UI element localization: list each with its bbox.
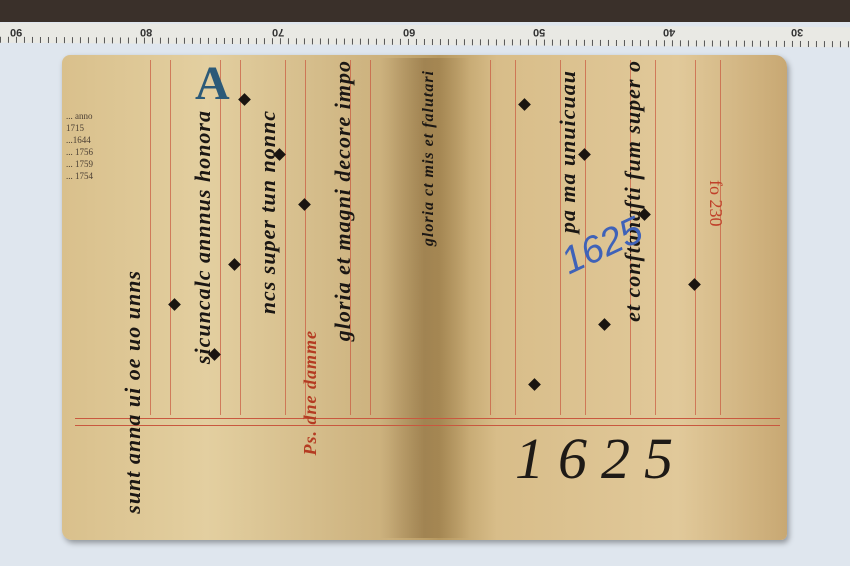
decorated-initial: A (195, 60, 265, 108)
ruled-line (75, 418, 780, 419)
text-line: et conftanafti fum super o (620, 60, 646, 322)
ruler-label: 90 (10, 26, 22, 38)
text-line: sicuncalc annnus honora (190, 110, 216, 364)
ruler-label: 30 (791, 26, 803, 38)
text-line: pa ma unuicuau (555, 70, 581, 233)
text-line: gloria ct mis et falutari (420, 70, 438, 246)
ruler-label: 50 (533, 26, 545, 38)
ruler-label: 60 (403, 26, 415, 38)
measuring-ruler (0, 23, 850, 47)
text-line: gloria et magni decore impo (330, 60, 356, 341)
margin-notes: ... anno 1715 ...1644 ... 1756 ... 1759 … (66, 110, 126, 182)
rubric-text: Ps. dne damme (300, 330, 321, 456)
folio-number: fo 230 (705, 180, 726, 227)
year-inscription: 1625 (515, 425, 687, 492)
text-line: ncs super tun nonnc (255, 110, 281, 314)
ruler-label: 70 (272, 26, 284, 38)
ruler-label: 80 (140, 26, 152, 38)
text-line: sunt anna ui oe uo unns (120, 270, 146, 514)
ruler-label: 40 (663, 26, 675, 38)
dark-background-strip (0, 0, 850, 22)
